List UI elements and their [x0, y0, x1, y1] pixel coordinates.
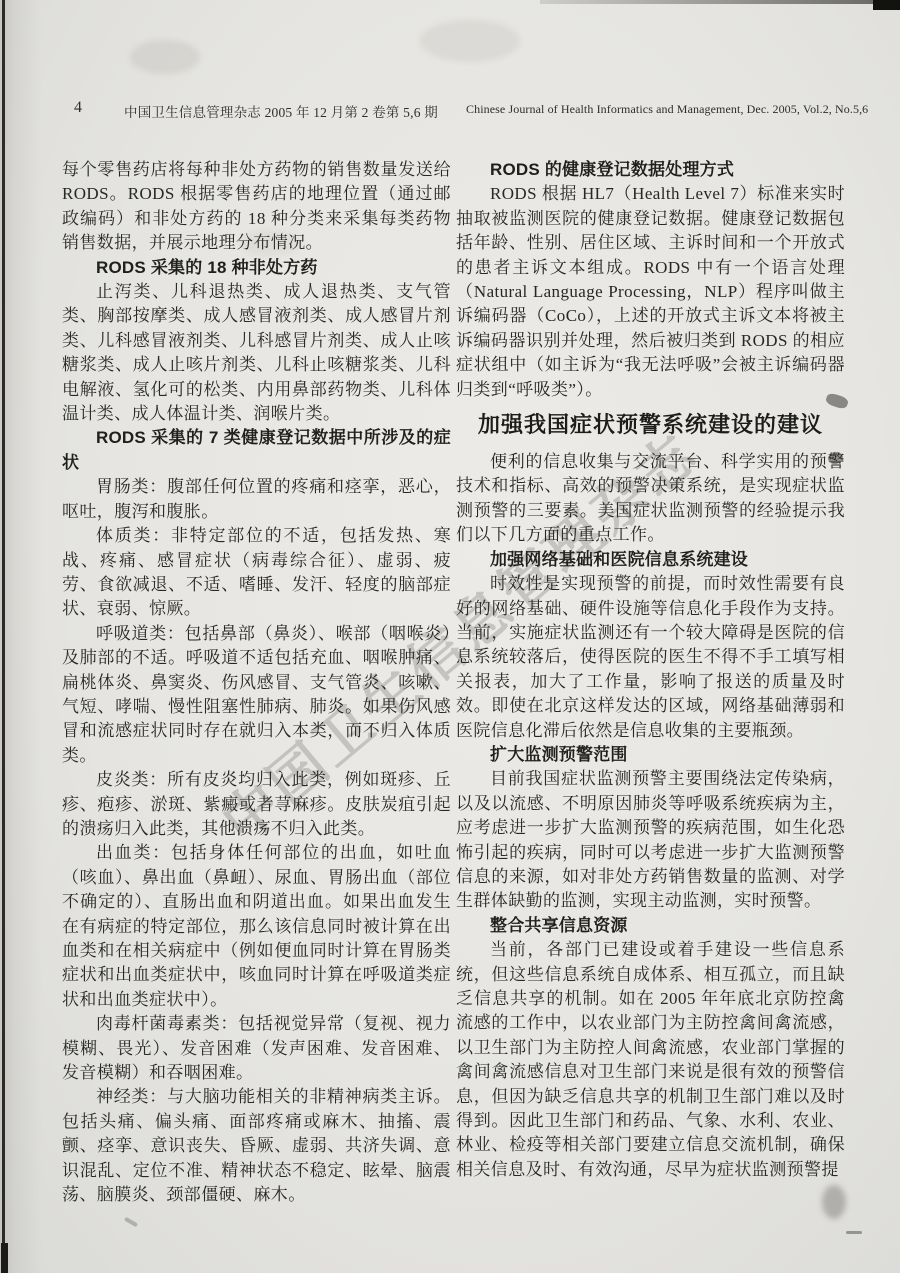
paragraph: 体质类：非特定部位的不适，包括发热、寒战、疼痛、感冒症状（病毒综合征）、虚弱、疲… — [62, 524, 451, 622]
scan-artifact-speck — [846, 1231, 862, 1234]
running-header: 4 中国卫生信息管理杂志 2005 年 12 月第 2 卷第 5,6 期 Chi… — [0, 99, 900, 121]
scan-artifact-left-edge — [2, 0, 5, 1273]
continued-paragraph: 每个零售药店将每种非处方药物的销售数量发送给 RODS。RODS 根据零售药店的… — [62, 158, 451, 256]
paragraph: 止泻类、儿科退热类、成人退热类、支气管类、胸部按摩类、成人感冒液剂类、成人感冒片… — [62, 280, 451, 426]
journal-title-chinese: 中国卫生信息管理杂志 2005 年 12 月第 2 卷第 5,6 期 — [124, 101, 438, 121]
paragraph: 呼吸道类：包括鼻部（鼻炎）、喉部（咽喉炎）及肺部的不适。呼吸道不适包括充血、咽喉… — [62, 622, 451, 768]
paragraph: 便利的信息收集与交流平台、科学实用的预警技术和指标、高效的预警决策系统，是实现症… — [456, 450, 845, 548]
section-heading: RODS 采集的 18 种非处方药 — [62, 256, 451, 280]
page-number: 4 — [74, 99, 82, 117]
scan-artifact-top-edge — [540, 0, 900, 4]
scan-artifact-speck — [124, 1217, 138, 1227]
right-column: RODS 的健康登记数据处理方式RODS 根据 HL7（Health Level… — [456, 158, 845, 1182]
scan-artifact-left-edge-foot — [1, 1243, 8, 1273]
section-heading: 整合共享信息资源 — [456, 914, 845, 938]
paragraph: 神经类：与大脑功能相关的非精神病类主诉。包括头痛、偏头痛、面部疼痛或麻木、抽搐、… — [62, 1085, 451, 1207]
paragraph: RODS 根据 HL7（Health Level 7）标准来实时抽取被监测医院的… — [456, 182, 845, 402]
section-heading: RODS 采集的 7 类健康登记数据中所涉及的症状 — [62, 426, 451, 475]
paragraph: 目前我国症状监测预警主要围绕法定传染病，以及以流感、不明原因肺炎等呼吸系统疾病为… — [456, 767, 845, 913]
paragraph: 胃肠类：腹部任何位置的疼痛和痉挛，恶心，呕吐，腹泻和腹胀。 — [62, 475, 451, 524]
section-heading: RODS 的健康登记数据处理方式 — [456, 158, 845, 182]
paragraph: 当前，各部门已建设或着手建设一些信息系统，但这些信息系统自成体系、相互孤立，而且… — [456, 938, 845, 1182]
article-title: 加强我国症状预警系统建设的建议 — [456, 410, 845, 440]
scan-artifact-smudge — [420, 20, 520, 62]
left-column: 每个零售药店将每种非处方药物的销售数量发送给 RODS。RODS 根据零售药店的… — [62, 158, 451, 1207]
section-heading: 扩大监测预警范围 — [456, 743, 845, 767]
scan-artifact-smudge — [822, 1185, 846, 1219]
paragraph: 出血类：包括身体任何部位的出血，如吐血（咳血）、鼻出血（鼻衄）、尿血、胃肠出血（… — [62, 841, 451, 1012]
scan-artifact-smudge — [130, 40, 200, 74]
paragraph: 肉毒杆菌毒素类：包括视觉异常（复视、视力模糊、畏光）、发音困难（发声困难、发音困… — [62, 1012, 451, 1085]
section-heading: 加强网络基础和医院信息系统建设 — [456, 548, 845, 572]
paragraph: 时效性是实现预警的前提，而时效性需要有良好的网络基础、硬件设施等信息化手段作为支… — [456, 572, 845, 743]
scan-artifact-corner-bar — [873, 0, 900, 10]
journal-page-scan: 4 中国卫生信息管理杂志 2005 年 12 月第 2 卷第 5,6 期 Chi… — [0, 0, 900, 1273]
journal-title-english: Chinese Journal of Health Informatics an… — [466, 102, 868, 117]
paragraph: 皮炎类：所有皮炎均归入此类，例如斑疹、丘疹、疱疹、淤斑、紫癜或者荨麻疹。皮肤炭疽… — [62, 768, 451, 841]
